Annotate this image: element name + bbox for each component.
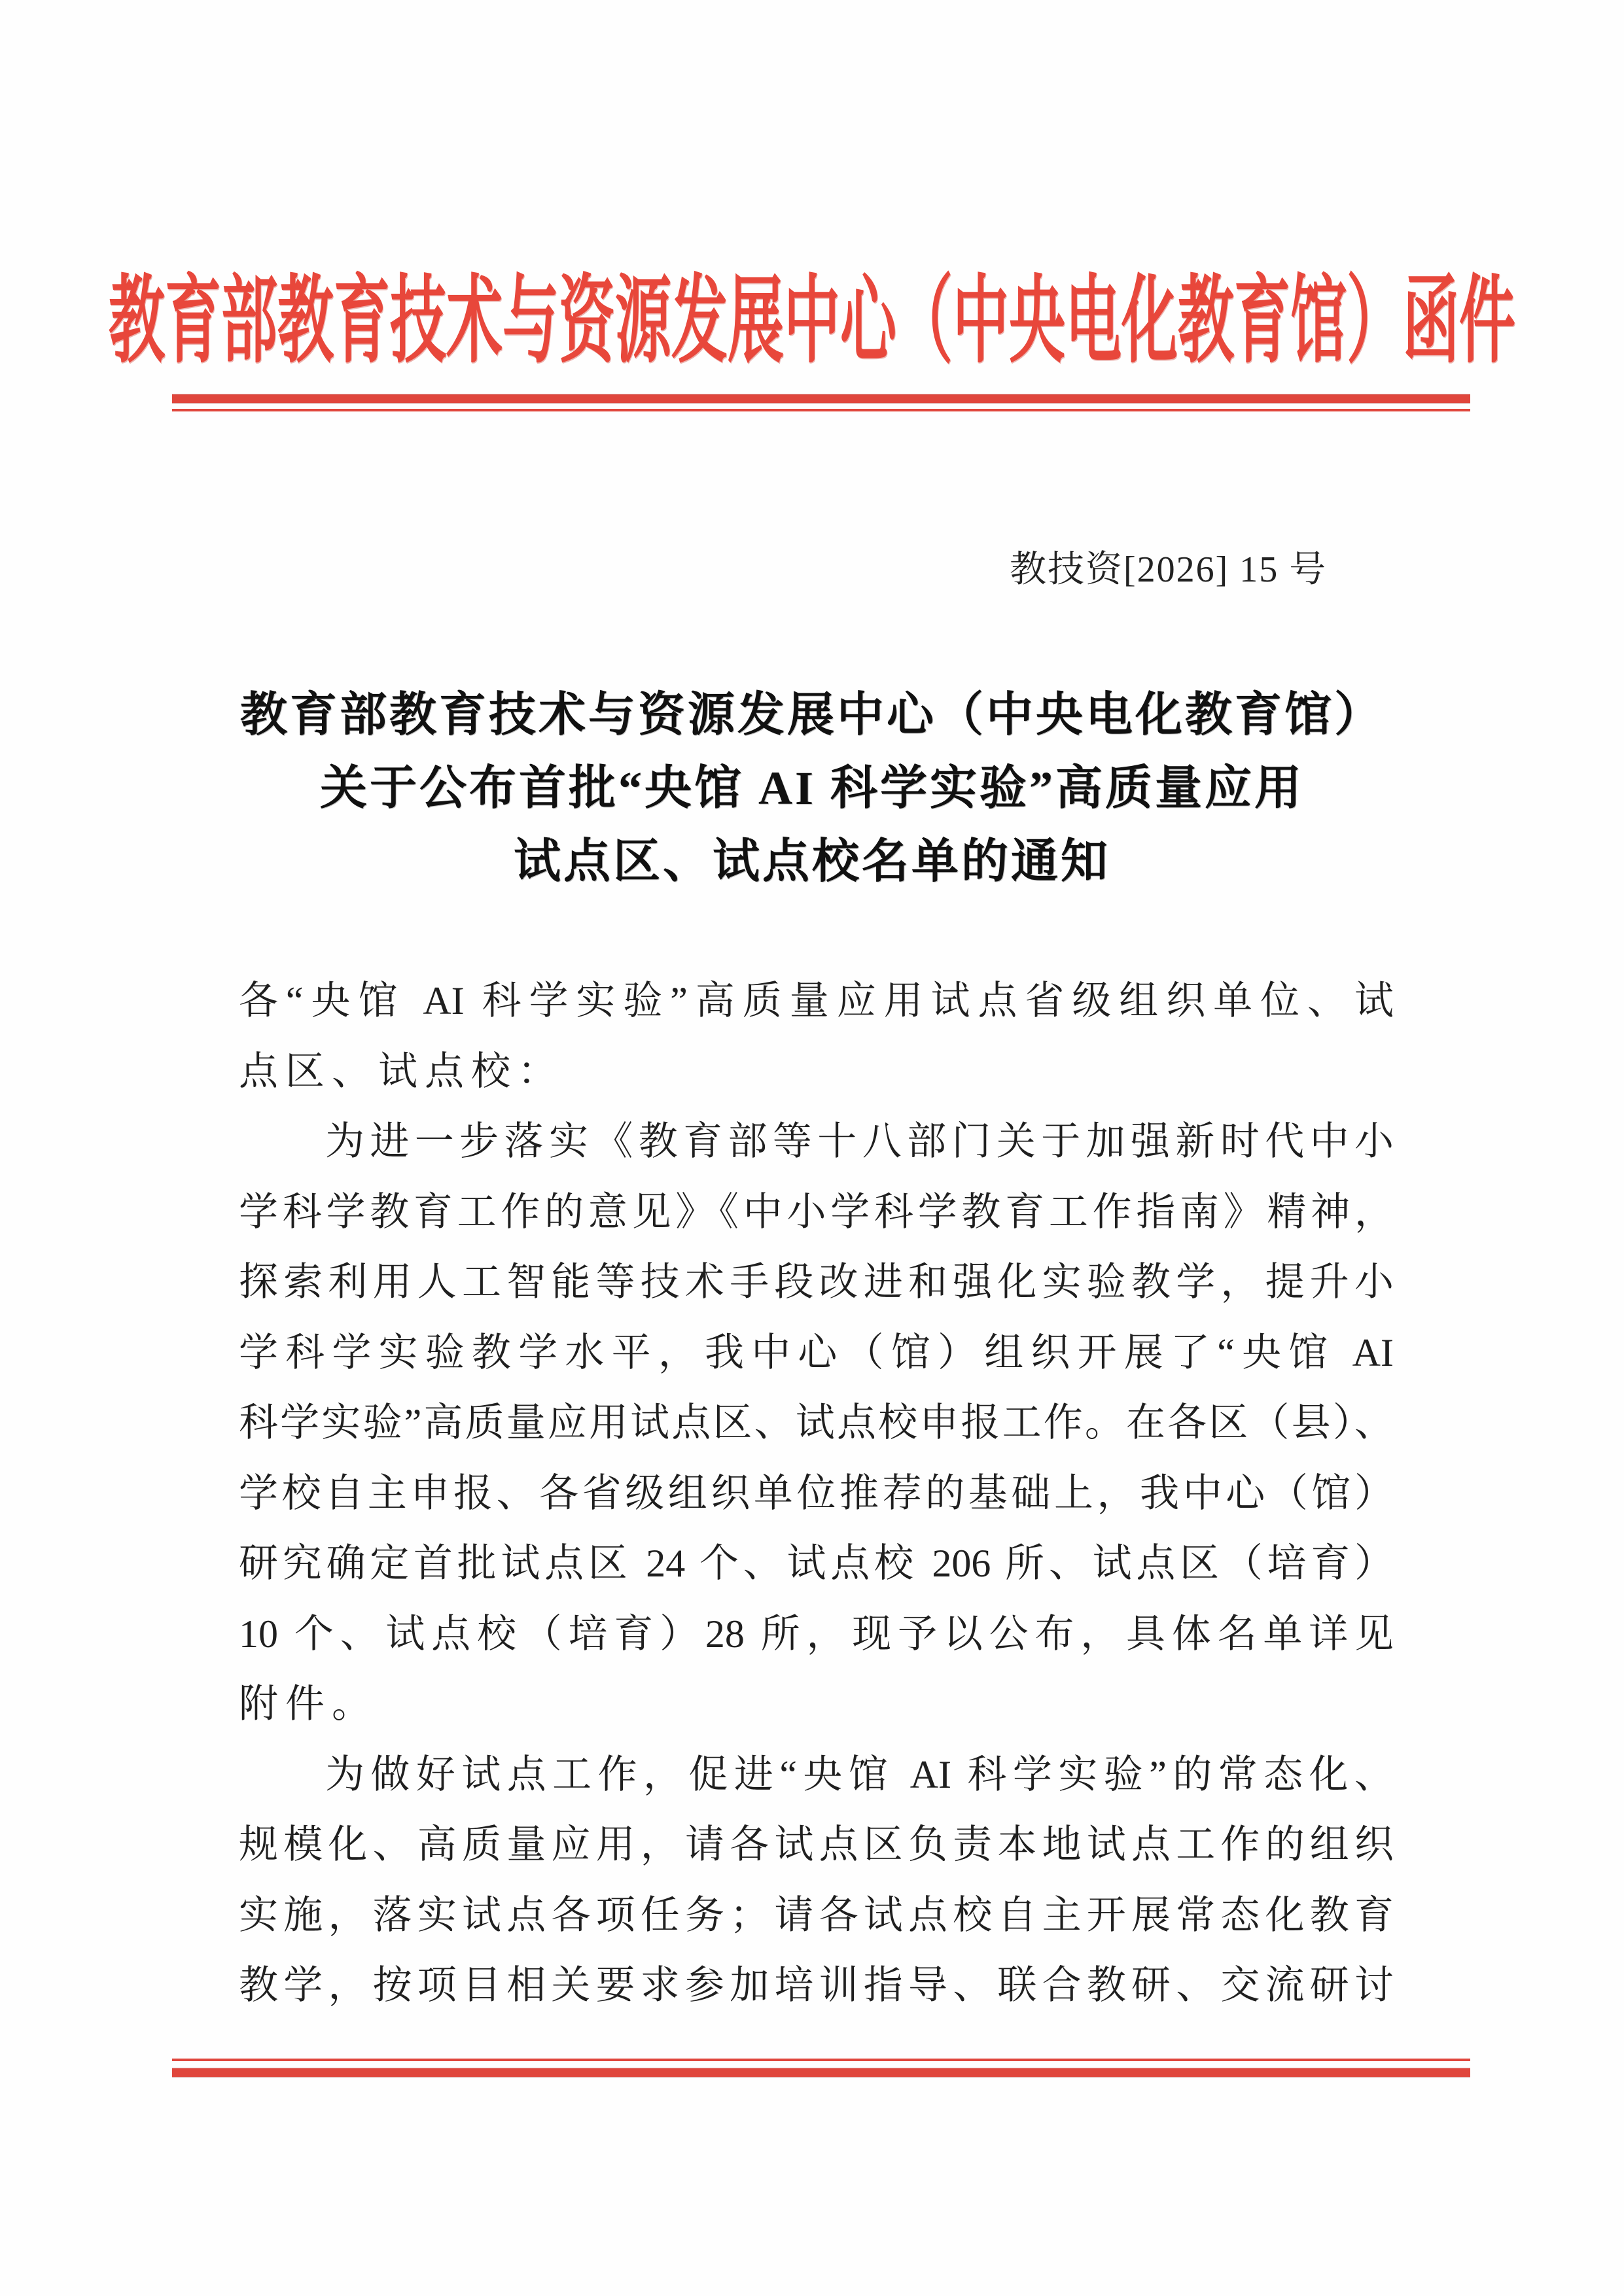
notice-title-line-1: 教育部教育技术与资源发展中心（中央电化教育馆） bbox=[0, 678, 1624, 752]
body-line: 学科学教育工作的意见》《中小学科学教育工作指南》精神， bbox=[239, 1177, 1394, 1248]
body-line: 10 个、试点校（培育）28 所，现予以公布，具体名单详见 bbox=[239, 1599, 1394, 1670]
notice-title: 教育部教育技术与资源发展中心（中央电化教育馆） 关于公布首批“央馆 AI 科学实… bbox=[0, 678, 1624, 898]
body-line: 学校自主申报、各省级组织单位推荐的基础上，我中心（馆） bbox=[239, 1459, 1394, 1529]
masthead-title-text: 教育部教育技术与资源发展中心（中央电化教育馆）函件 bbox=[109, 243, 1515, 381]
body-text: 各“央馆 AI 科学实验”高质量应用试点省级组织单位、试点区、试点校：为进一步落… bbox=[239, 966, 1394, 2021]
red-letterhead-masthead: 教育部教育技术与资源发展中心（中央电化教育馆）函件 bbox=[0, 243, 1624, 324]
red-rule-top-thick bbox=[172, 394, 1470, 403]
body-line: 点区、试点校： bbox=[239, 1037, 1394, 1107]
notice-title-line-2: 关于公布首批“央馆 AI 科学实验”高质量应用 bbox=[0, 752, 1624, 825]
body-line: 探索利用人工智能等技术手段改进和强化实验教学，提升小 bbox=[239, 1247, 1394, 1318]
notice-title-line-3: 试点区、试点校名单的通知 bbox=[0, 825, 1624, 898]
body-line: 为做好试点工作，促进“央馆 AI 科学实验”的常态化、 bbox=[239, 1740, 1394, 1811]
red-rule-bottom-thick bbox=[172, 2068, 1470, 2077]
red-rule-top-thin bbox=[172, 409, 1470, 411]
body-line: 研究确定首批试点区 24 个、试点校 206 所、试点区（培育） bbox=[239, 1529, 1394, 1599]
body-line: 为进一步落实《教育部等十八部门关于加强新时代中小 bbox=[239, 1107, 1394, 1177]
body-line: 各“央馆 AI 科学实验”高质量应用试点省级组织单位、试 bbox=[239, 966, 1394, 1037]
body-line: 教学，按项目相关要求参加培训指导、联合教研、交流研讨 bbox=[239, 1951, 1394, 2021]
body-line: 科学实验”高质量应用试点区、试点校申报工作。在各区（县）、 bbox=[239, 1388, 1394, 1459]
body-line: 实施，落实试点各项任务；请各试点校自主开展常态化教育 bbox=[239, 1881, 1394, 1951]
body-line: 规模化、高质量应用，请各试点区负责本地试点工作的组织 bbox=[239, 1810, 1394, 1881]
red-rule-bottom-thin bbox=[172, 2059, 1470, 2061]
body-line: 附件。 bbox=[239, 1669, 1394, 1740]
document-number: 教技资[2026] 15 号 bbox=[1010, 540, 1327, 593]
scanned-document-page: 教育部教育技术与资源发展中心（中央电化教育馆）函件 教技资[2026] 15 号… bbox=[0, 0, 1624, 2296]
body-line: 学科学实验教学水平，我中心（馆）组织开展了“央馆 AI bbox=[239, 1318, 1394, 1389]
